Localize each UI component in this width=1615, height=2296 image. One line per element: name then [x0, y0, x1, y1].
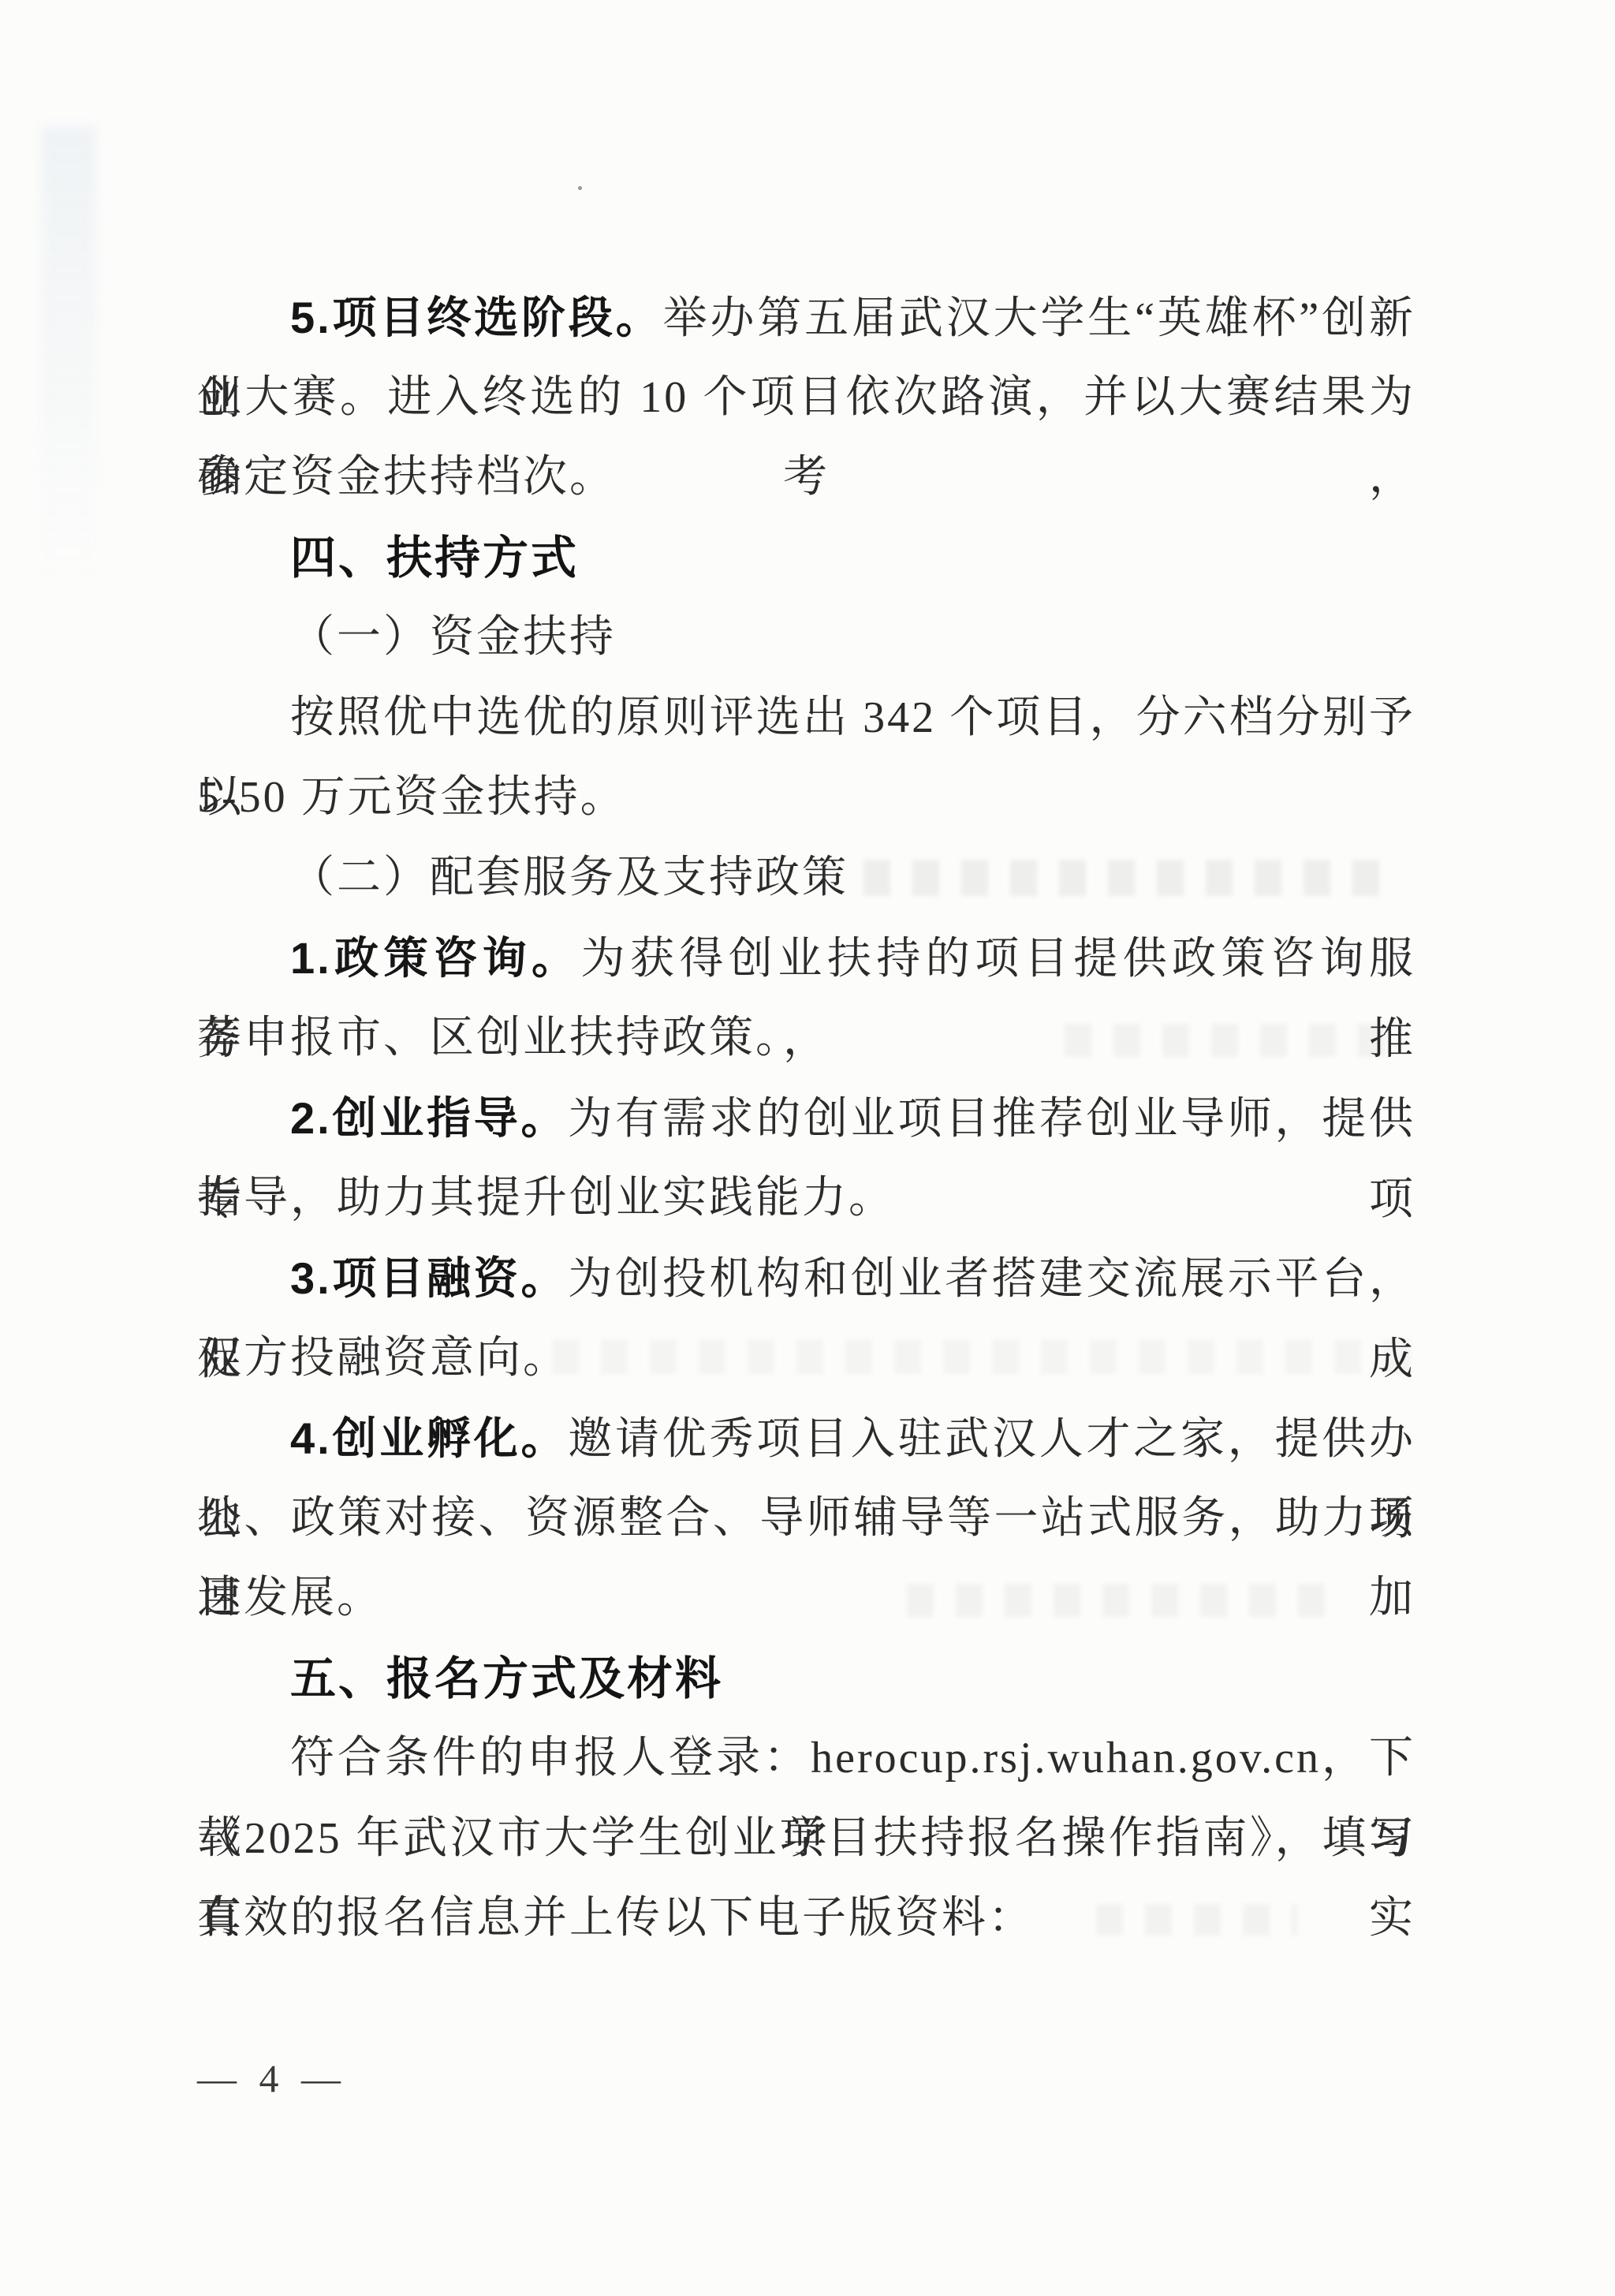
text-line: 5.项目终选阶段。举办第五届武汉大学生“英雄杯”创新创: [197, 278, 1415, 358]
text-line: 5-50 万元资金扶持。: [197, 758, 1415, 838]
text-line: 3.项目融资。为创投机构和创业者搭建交流展示平台，促成: [197, 1238, 1415, 1319]
text-segment-bold: 5.项目终选阶段。: [290, 293, 663, 342]
text-line: 四、扶持方式: [197, 518, 1415, 599]
text-line: 4.创业孵化。邀请优秀项目入驻武汉人才之家，提供办公场: [197, 1398, 1415, 1479]
text-segment-bold: 五、报名方式及材料: [290, 1653, 723, 1704]
text-line: 《2025 年武汉市大学生创业项目扶持报名操作指南》，填写真实: [197, 1799, 1415, 1880]
text-line: 业大赛。进入终选的 10 个项目依次路演，并以大赛结果为参考，: [197, 358, 1415, 439]
scan-speck-artifact: [578, 186, 582, 190]
text-segment-bold: 四、扶持方式: [290, 532, 579, 584]
text-segment: 荐申报市、区创业扶持政策。: [197, 1014, 802, 1062]
text-segment-bold: 3.项目融资。: [290, 1253, 568, 1303]
text-line: 1.政策咨询。为获得创业扶持的项目提供政策咨询服务，推: [197, 918, 1415, 999]
text-segment-bold: 4.创业孵化。: [290, 1413, 568, 1463]
text-line: 按照优中选优的原则评选出 342 个项目，分六档分别予以: [197, 678, 1415, 759]
text-segment-bold: 2.创业指导。: [290, 1093, 568, 1143]
text-line: 五、报名方式及材料: [197, 1639, 1415, 1719]
page-number: — 4 —: [197, 2055, 347, 2101]
document-page: 5.项目终选阶段。举办第五届武汉大学生“英雄杯”创新创业大赛。进入终选的 10 …: [0, 0, 1615, 2296]
text-line: 地、政策对接、资源整合、导师辅导等一站式服务，助力项目加: [197, 1479, 1415, 1559]
text-line: （一）资金扶持: [197, 598, 1415, 678]
text-segment: 指导，助力其提升创业实践能力。: [197, 1174, 895, 1223]
text-segment: 双方投融资意向。: [197, 1334, 569, 1383]
text-segment: 有效的报名信息并上传以下电子版资料：: [197, 1894, 1035, 1943]
text-line: 2.创业指导。为有需求的创业项目推荐创业导师，提供专项: [197, 1078, 1415, 1159]
text-line: （二）配套服务及支持政策: [197, 838, 1415, 919]
text-segment-bold: 1.政策咨询。: [290, 933, 581, 983]
text-segment: 确定资金扶持档次。: [197, 453, 616, 502]
text-segment: （二）配套服务及支持政策: [290, 853, 849, 902]
document-body: 5.项目终选阶段。举办第五届武汉大学生“英雄杯”创新创业大赛。进入终选的 10 …: [197, 278, 1415, 1959]
text-segment: 速发展。: [197, 1574, 383, 1622]
text-segment: （一）资金扶持: [290, 613, 616, 662]
text-line: 符合条件的申报人登录：herocup.rsj.wuhan.gov.cn，下载学习: [197, 1719, 1415, 1799]
text-segment: 5-50 万元资金扶持。: [197, 773, 627, 822]
scan-edge-artifact: [41, 126, 96, 584]
